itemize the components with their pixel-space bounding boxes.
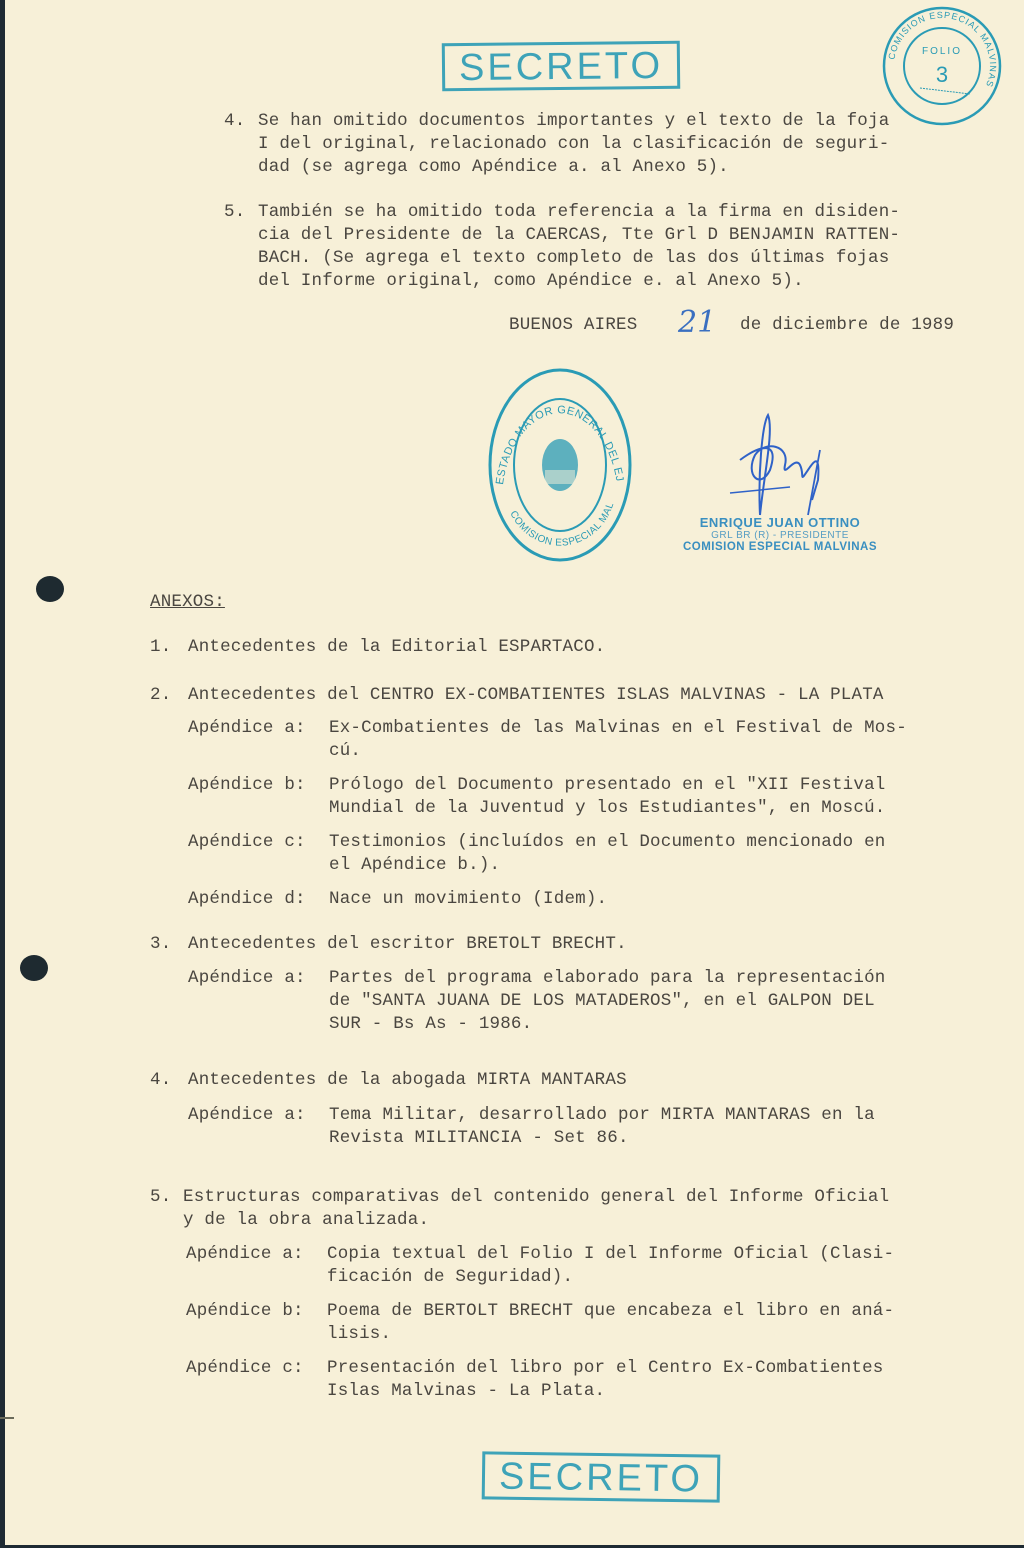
annex-number: 3. (150, 933, 171, 956)
point-line: del Informe original, como Apéndice e. a… (258, 270, 804, 293)
signer-org: COMISION ESPECIAL MALVINAS (660, 541, 900, 553)
date-rest: de diciembre de 1989 (740, 314, 954, 337)
point-number: 5. (224, 201, 245, 224)
appendix-line: cú. (329, 740, 361, 763)
appendix-line: lisis. (327, 1323, 391, 1346)
annex-number: 1. (150, 636, 171, 659)
appendix-line: Mundial de la Juventud y los Estudiantes… (329, 797, 886, 820)
army-seal: ESTADO MAYOR GENERAL DEL EJERCITO COMISI… (485, 365, 635, 565)
signature (720, 405, 840, 525)
appendix-label: Apéndice a: (188, 717, 306, 740)
point-number: 4. (224, 110, 245, 133)
appendix-line: Testimonios (incluídos en el Documento m… (329, 831, 886, 854)
appendix-line: ficación de Seguridad). (327, 1266, 573, 1289)
appendix-line: Prólogo del Documento presentado en el "… (329, 774, 886, 797)
point-line: También se ha omitido toda referencia a … (258, 201, 900, 224)
appendix-label: Apéndice a: (186, 1243, 304, 1266)
scan-left-edge (0, 0, 5, 1548)
point-line: BACH. (Se agrega el texto completo de la… (258, 247, 889, 270)
secreto-stamp-bottom: SECRETO (482, 1451, 721, 1502)
punch-hole-upper (36, 576, 64, 602)
appendix-line: Ex-Combatientes de las Malvinas en el Fe… (329, 717, 907, 740)
appendix-label: Apéndice a: (188, 967, 306, 990)
appendix-line: Islas Malvinas - La Plata. (327, 1380, 605, 1403)
appendix-line: de "SANTA JUANA DE LOS MATADEROS", en el… (329, 990, 875, 1013)
secreto-stamp-top-text: SECRETO (459, 45, 663, 89)
annex-number: 5. (150, 1186, 171, 1209)
appendix-label: Apéndice b: (188, 774, 306, 797)
svg-text:3: 3 (936, 62, 948, 87)
point-line: cia del Presidente de la CAERCAS, Tte Gr… (258, 224, 900, 247)
punch-hole-lower (20, 955, 48, 981)
signer-block: ENRIQUE JUAN OTTINO GRL BR (R) - PRESIDE… (660, 515, 900, 553)
annex-line: y de la obra analizada. (183, 1209, 429, 1232)
handwritten-day: 21 (678, 305, 716, 340)
annex-number: 2. (150, 684, 171, 707)
appendix-line: Revista MILITANCIA - Set 86. (329, 1127, 629, 1150)
appendix-line: Nace un movimiento (Idem). (329, 888, 607, 911)
annex-line: Antecedentes de la Editorial ESPARTACO. (188, 636, 605, 659)
annexes-heading: ANEXOS: (150, 591, 225, 614)
folio-stamp: COMISION ESPECIAL MALVINAS FOLIO 3 (880, 4, 1004, 128)
signer-name: ENRIQUE JUAN OTTINO (660, 515, 900, 530)
svg-text:FOLIO: FOLIO (922, 46, 962, 57)
annex-line: Antecedentes del CENTRO EX-COMBATIENTES … (188, 684, 884, 707)
appendix-line: Presentación del libro por el Centro Ex-… (327, 1357, 884, 1380)
appendix-line: Tema Militar, desarrollado por MIRTA MAN… (329, 1104, 875, 1127)
appendix-label: Apéndice c: (186, 1357, 304, 1380)
signer-rank: GRL BR (R) - PRESIDENTE (660, 530, 900, 541)
appendix-line: Partes del programa elaborado para la re… (329, 967, 886, 990)
point-line: I del original, relacionado con la clasi… (258, 133, 889, 156)
appendix-line: SUR - Bs As - 1986. (329, 1013, 532, 1036)
appendix-label: Apéndice d: (188, 888, 306, 911)
point-line: dad (se agrega como Apéndice a. al Anexo… (258, 156, 729, 179)
secreto-stamp-top: SECRETO (442, 41, 681, 91)
folio-stamp-icon: COMISION ESPECIAL MALVINAS FOLIO 3 (880, 4, 1004, 128)
appendix-label: Apéndice c: (188, 831, 306, 854)
secreto-stamp-bottom-text: SECRETO (499, 1456, 704, 1501)
appendix-line: Copia textual del Folio I del Informe Of… (327, 1243, 894, 1266)
point-line: Se han omitido documentos importantes y … (258, 110, 889, 133)
appendix-line: Poema de BERTOLT BRECHT que encabeza el … (327, 1300, 894, 1323)
appendix-line: el Apéndice b.). (329, 854, 500, 877)
date-place: BUENOS AIRES (509, 314, 637, 337)
annex-line: Antecedentes de la abogada MIRTA MANTARA… (188, 1069, 627, 1092)
annex-line: Estructuras comparativas del contenido g… (183, 1186, 889, 1209)
appendix-label: Apéndice a: (188, 1104, 306, 1127)
appendix-label: Apéndice b: (186, 1300, 304, 1323)
margin-mark (0, 1417, 14, 1419)
annex-line: Antecedentes del escritor BRETOLT BRECHT… (188, 933, 627, 956)
signature-scribble-icon (720, 405, 840, 525)
annex-number: 4. (150, 1069, 171, 1092)
coat-of-arms-seal-icon: ESTADO MAYOR GENERAL DEL EJERCITO COMISI… (485, 365, 635, 565)
